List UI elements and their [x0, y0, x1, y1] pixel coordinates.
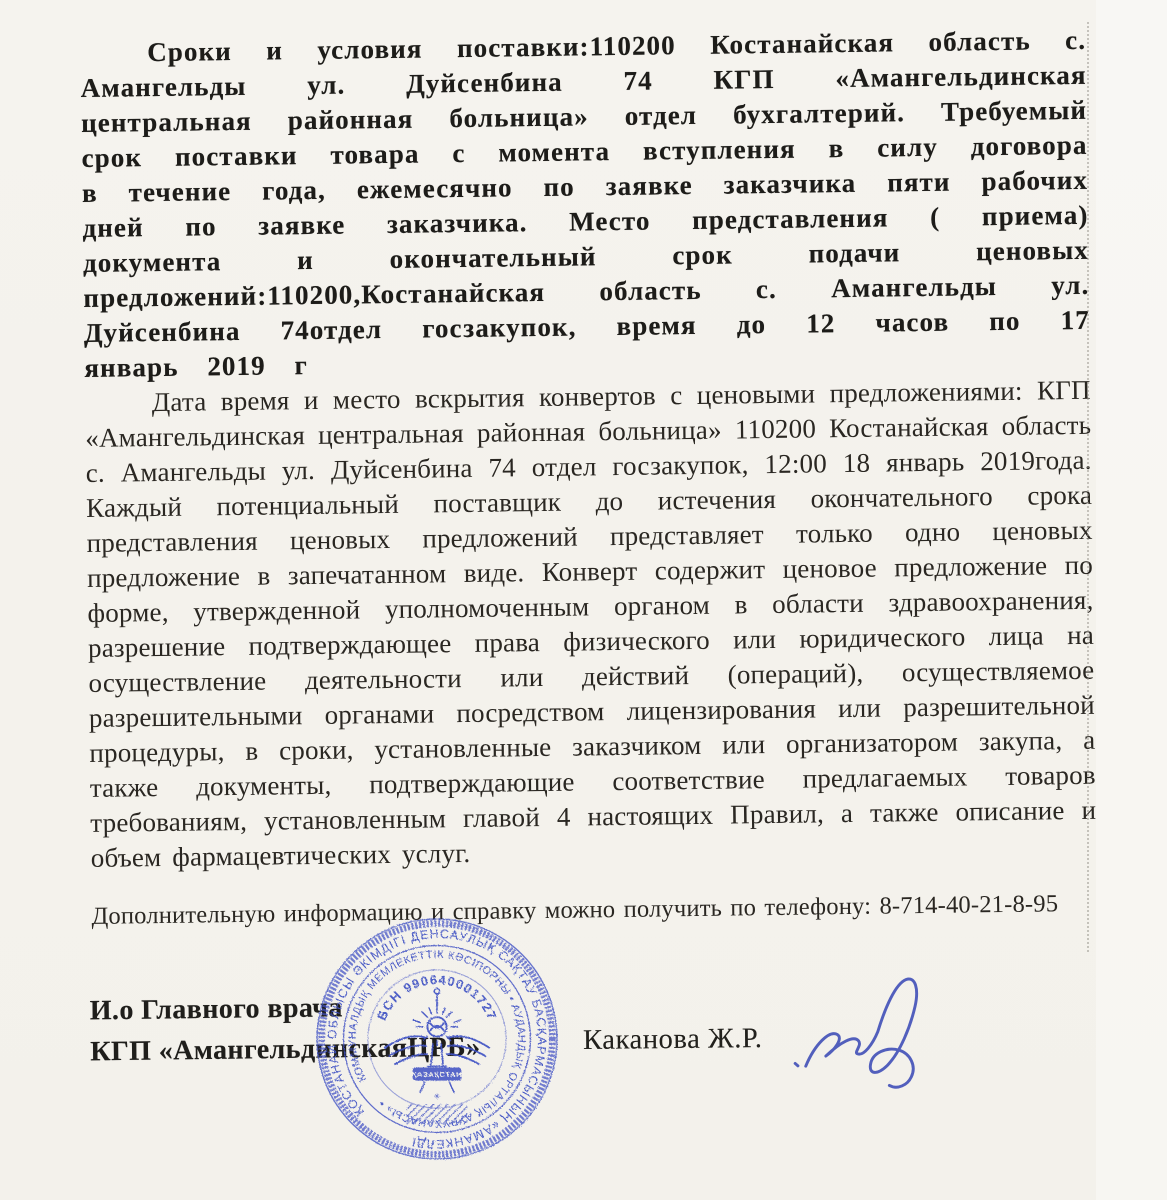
signatory-name: Каканова Ж.Р. — [583, 1023, 763, 1057]
official-stamp: ҚОСТАНАЙ ОБЛЫСЫ ӘКІМДІГІ ДЕНСАУЛЫҚ САҚТА… — [315, 913, 559, 1165]
handwritten-signature — [786, 944, 976, 1112]
signature-stroke — [790, 978, 923, 1094]
scanner-edge-band — [1096, 0, 1167, 1200]
scanned-document-page: Сроки и условия поставки:110200 Костанай… — [0, 0, 1167, 1200]
scanner-streak-artifact — [1087, 22, 1089, 952]
paragraph-delivery-terms: Сроки и условия поставки:110200 Костанай… — [80, 23, 1090, 386]
stamp-graphics: ҚОСТАНАЙ ОБЛЫСЫ ӘКІМДІГІ ДЕНСАУЛЫҚ САҚТА… — [317, 919, 557, 1159]
emblem-country-label: ҚАЗАҚСТАН — [412, 1070, 462, 1079]
paragraph-envelope-opening: Дата время и место вскрытия конвертов с … — [85, 373, 1097, 876]
phone-info-line: Дополнительную информацию и справку можн… — [91, 890, 1097, 931]
stamp-star-mark: ✳ — [434, 1092, 441, 1101]
document-body: Сроки и условия поставки:110200 Костанай… — [80, 23, 1098, 931]
stamp-hatched-box — [407, 1104, 468, 1124]
